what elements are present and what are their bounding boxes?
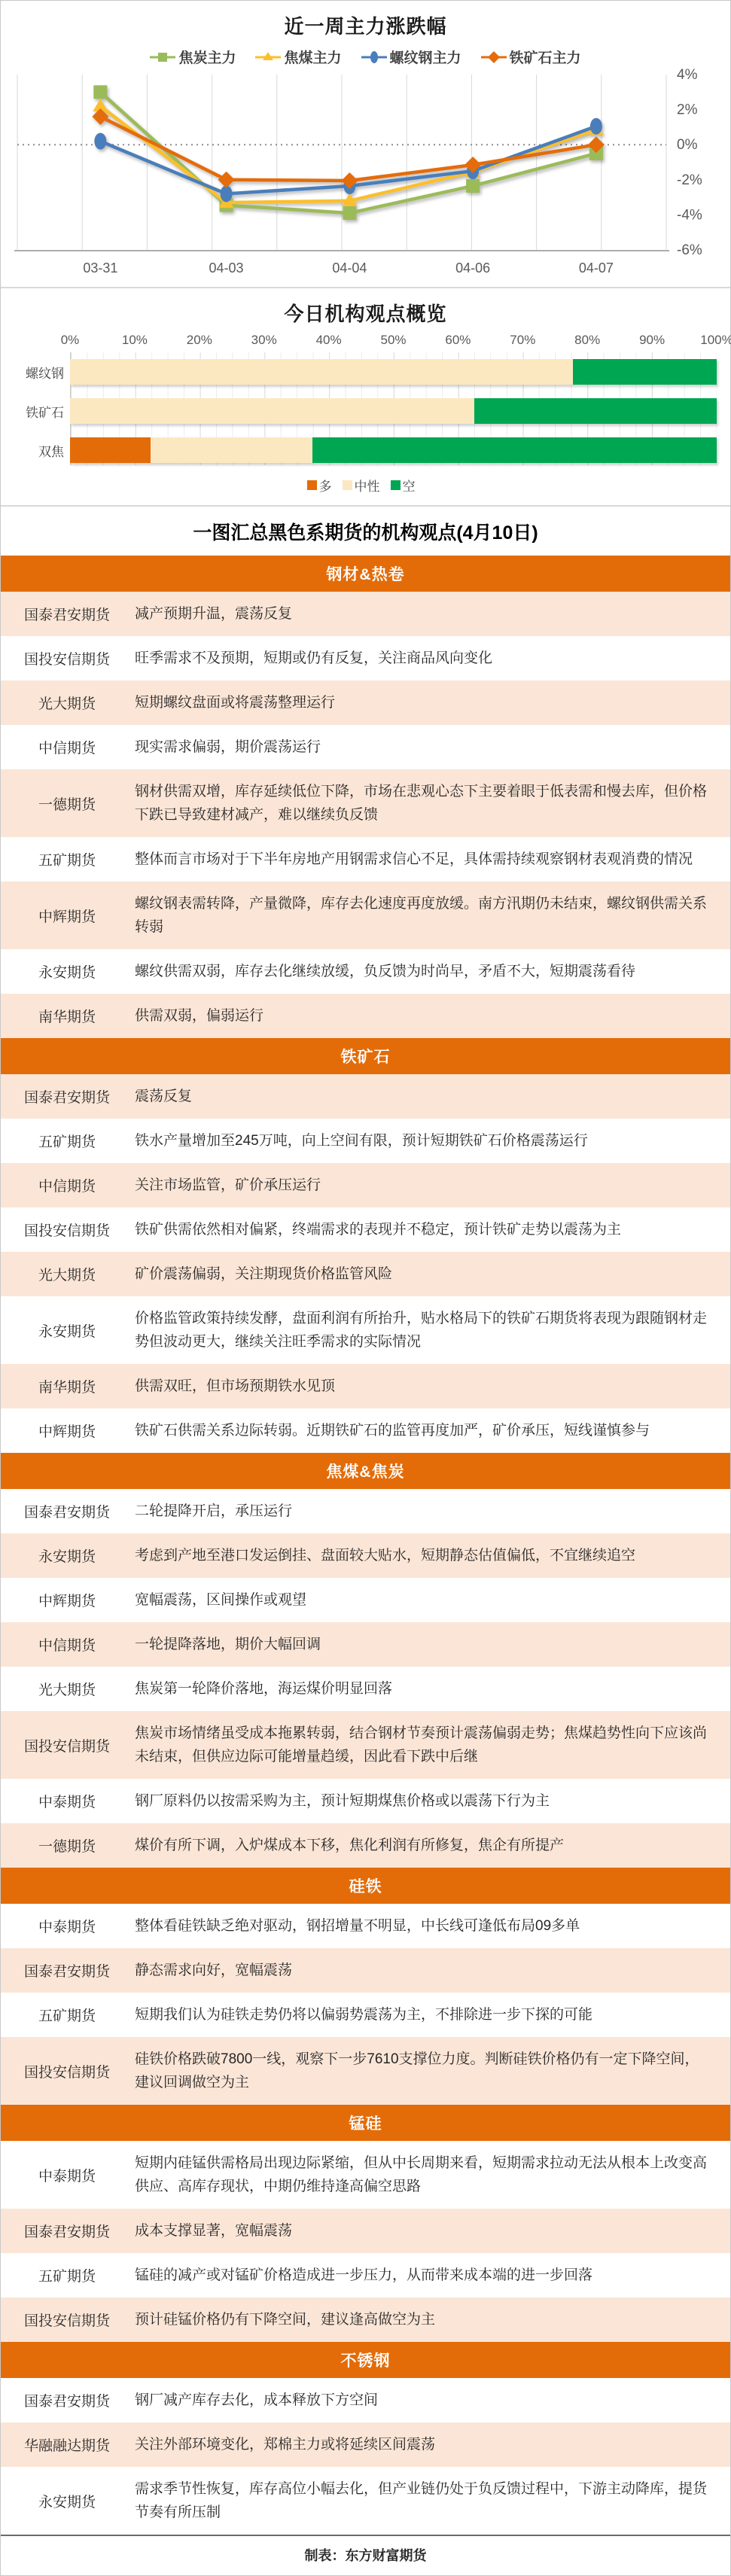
- table-row: 五矿期货锰硅的减产或对锰矿价格造成进一步压力，从而带来成本端的进一步回落: [1, 2253, 730, 2297]
- institution-opinion: 需求季节性恢复，库存高位小幅去化，但产业链仍处于负反馈过程中，下游主动降库，提货…: [133, 2467, 730, 2535]
- bar-row-螺纹钢: 螺纹钢: [5, 352, 717, 391]
- diamond-marker: [218, 172, 235, 188]
- x-tick-label: 04-07: [579, 260, 614, 276]
- y-tick-label: -2%: [677, 172, 702, 188]
- bar-axis-tick: 20%: [187, 333, 212, 348]
- institution-opinion: 硅铁价格跌破7800一线，观察下一步7610支撑位力度。判断硅铁价格仍有一定下降…: [133, 2037, 730, 2105]
- x-tick-label: 04-04: [332, 260, 367, 276]
- legend-label: 空: [403, 476, 416, 495]
- bar-segment-多: [70, 437, 151, 463]
- legend-item-焦炭主力: 焦炭主力: [150, 47, 236, 67]
- bar-segment-中性: [70, 398, 474, 424]
- opinion-table-panel: 一图汇总黑色系期货的机构观点(4月10日) 钢材&热卷国泰君安期货减产预期升温，…: [1, 507, 730, 2575]
- bar-axis-tick: 90%: [639, 333, 665, 348]
- institution-name: 中信期货: [1, 1163, 133, 1207]
- institution-opinion: 锰硅的减产或对锰矿价格造成进一步压力，从而带来成本端的进一步回落: [133, 2253, 730, 2297]
- institution-opinion: 成本支撑显著，宽幅震荡: [133, 2209, 730, 2253]
- institution-name: 华融融达期货: [1, 2422, 133, 2467]
- section-header-钢材&热卷: 钢材&热卷: [1, 556, 730, 592]
- institution-name: 国泰君安期货: [1, 2378, 133, 2422]
- table-row: 中泰期货钢厂原料仍以按需采购为主，预计短期煤焦价格或以震荡下行为主: [1, 1779, 730, 1823]
- institution-name: 国泰君安期货: [1, 2209, 133, 2253]
- section-header-铁矿石: 铁矿石: [1, 1038, 730, 1074]
- triangle-legend-icon: [255, 49, 281, 65]
- bar-row-双焦: 双焦: [5, 431, 717, 470]
- bar-axis-tick: 0%: [61, 333, 80, 348]
- institution-opinion: 钢厂原料仍以按需采购为主，预计短期煤焦价格或以震荡下行为主: [133, 1779, 730, 1823]
- institution-name: 五矿期货: [1, 2253, 133, 2297]
- square-marker: [158, 53, 167, 62]
- legend-item-铁矿石主力: 铁矿石主力: [481, 47, 581, 67]
- institution-opinion: 煤价有所下调，入炉煤成本下移，焦化利润有所修复，焦企有所提产: [133, 1823, 730, 1868]
- institution-name: 中泰期货: [1, 2141, 133, 2209]
- institution-name: 国投安信期货: [1, 2297, 133, 2342]
- institution-opinion: 震荡反复: [133, 1074, 730, 1119]
- legend-swatch: [343, 480, 352, 490]
- legend-label: 焦炭主力: [178, 47, 236, 67]
- table-title: 一图汇总黑色系期货的机构观点(4月10日): [1, 507, 730, 556]
- institution-opinion: 二轮提降开启，承压运行: [133, 1489, 730, 1533]
- table-row: 中辉期货螺纹钢表需转降，产量微降，库存去化速度再度放缓。南方汛期仍未结束，螺纹钢…: [1, 882, 730, 949]
- institution-opinion: 宽幅震荡，区间操作或观望: [133, 1578, 730, 1622]
- institution-opinion: 焦炭市场情绪虽受成本拖累转弱，结合钢材节奏预计震荡偏弱走势；焦煤趋势性向下应该尚…: [133, 1711, 730, 1779]
- institution-name: 中泰期货: [1, 1904, 133, 1948]
- institution-opinion: 铁矿石供需关系边际转弱。近期铁矿石的监管再度加严，矿价承压，短线谨慎参与: [133, 1408, 730, 1453]
- table-row: 一德期货煤价有所下调，入炉煤成本下移，焦化利润有所修复，焦企有所提产: [1, 1823, 730, 1868]
- institution-name: 南华期货: [1, 1364, 133, 1408]
- line-chart-title: 近一周主力涨跌幅: [1, 1, 730, 44]
- table-row: 永安期货螺纹供需双弱，库存去化继续放缓，负反馈为时尚早，矛盾不大，短期震荡看待: [1, 949, 730, 994]
- table-row: 五矿期货整体而言市场对于下半年房地产用钢需求信心不足，具体需持续观察钢材表观消费…: [1, 837, 730, 882]
- bar-segment-空: [312, 437, 717, 463]
- institution-name: 永安期货: [1, 2467, 133, 2535]
- institution-opinion: 钢材供需双增，库存延续低位下降，市场在悲观心态下主要着眼于低表需和慢去库，但价格…: [133, 769, 730, 837]
- bar-segment-中性: [151, 437, 312, 463]
- institution-opinion: 旺季需求不及预期，短期或仍有反复，关注商品风向变化: [133, 636, 730, 681]
- table-row: 国泰君安期货钢厂减产库存去化，成本释放下方空间: [1, 2378, 730, 2422]
- institution-opinion: 关注市场监管，矿价承压运行: [133, 1163, 730, 1207]
- institution-name: 国投安信期货: [1, 2037, 133, 2105]
- institution-name: 永安期货: [1, 1296, 133, 1364]
- institution-opinion: 供需双弱，偏弱运行: [133, 994, 730, 1038]
- institution-name: 国投安信期货: [1, 636, 133, 681]
- institution-opinion: 短期我们认为硅铁走势仍将以偏弱势震荡为主，不排除进一步下探的可能: [133, 1993, 730, 2037]
- institution-opinion: 螺纹钢表需转降，产量微降，库存去化速度再度放缓。南方汛期仍未结束，螺纹钢供需关系…: [133, 882, 730, 949]
- y-tick-label: 2%: [677, 102, 698, 118]
- institution-name: 中信期货: [1, 725, 133, 769]
- institution-name: 国泰君安期货: [1, 592, 133, 636]
- institution-name: 五矿期货: [1, 1119, 133, 1163]
- line-chart: 4%2%0%-2%-4%-6%03-3104-0304-0404-0604-07: [1, 67, 730, 287]
- table-row: 国投安信期货铁矿供需依然相对偏紧，终端需求的表现并不稳定，预计铁矿走势以震荡为主: [1, 1207, 730, 1252]
- table-row: 中辉期货铁矿石供需关系边际转弱。近期铁矿石的监管再度加严，矿价承压，短线谨慎参与: [1, 1408, 730, 1453]
- table-row: 国投安信期货预计硅锰价格仍有下降空间，建议逢高做空为主: [1, 2297, 730, 2342]
- x-tick-label: 04-03: [209, 260, 244, 276]
- table-row: 一德期货钢材供需双增，库存延续低位下降，市场在悲观心态下主要着眼于低表需和慢去库…: [1, 769, 730, 837]
- institution-opinion: 螺纹供需双弱，库存去化继续放缓，负反馈为时尚早，矛盾不大，短期震荡看待: [133, 949, 730, 994]
- institution-opinion: 供需双旺，但市场预期铁水见顶: [133, 1364, 730, 1408]
- table-row: 国泰君安期货震荡反复: [1, 1074, 730, 1119]
- bar-segment-空: [474, 398, 717, 424]
- table-row: 中信期货一轮提降落地，期价大幅回调: [1, 1622, 730, 1667]
- bar-axis-tick: 10%: [122, 333, 148, 348]
- bar-category-label: 螺纹钢: [5, 363, 70, 382]
- institution-name: 中信期货: [1, 1622, 133, 1667]
- circle-marker: [590, 118, 602, 135]
- legend-label: 多: [319, 476, 332, 495]
- legend-label: 中性: [355, 476, 380, 495]
- institution-opinion: 现实需求偏弱，期价震荡运行: [133, 725, 730, 769]
- bar-chart-body: 螺纹钢铁矿石双焦: [5, 352, 717, 470]
- section-header-不锈钢: 不锈钢: [1, 2342, 730, 2378]
- section-header-焦煤&焦炭: 焦煤&焦炭: [1, 1453, 730, 1489]
- institution-name: 中辉期货: [1, 882, 133, 949]
- legend-label: 焦煤主力: [284, 47, 341, 67]
- bar-track: [70, 437, 717, 463]
- legend-swatch: [391, 480, 401, 490]
- institution-name: 五矿期货: [1, 837, 133, 882]
- table-row: 五矿期货短期我们认为硅铁走势仍将以偏弱势震荡为主，不排除进一步下探的可能: [1, 1993, 730, 2037]
- table-row: 中泰期货整体看硅铁缺乏绝对驱动，钢招增量不明显，中长线可逢低布局09多单: [1, 1904, 730, 1948]
- institution-opinion: 短期内硅锰供需格局出现边际紧缩，但从中长周期来看，短期需求拉动无法从根本上改变高…: [133, 2141, 730, 2209]
- table-row: 国投安信期货焦炭市场情绪虽受成本拖累转弱，结合钢材节奏预计震荡偏弱走势；焦煤趋势…: [1, 1711, 730, 1779]
- institution-opinion: 静态需求向好，宽幅震荡: [133, 1948, 730, 1993]
- table-row: 光大期货矿价震荡偏弱，关注期现货价格监管风险: [1, 1252, 730, 1296]
- institution-overview-panel: 今日机构观点概览 0%10%20%30%40%50%60%70%80%90%10…: [1, 288, 730, 507]
- institution-opinion: 矿价震荡偏弱，关注期现货价格监管风险: [133, 1252, 730, 1296]
- bar-segment-中性: [70, 359, 573, 385]
- table-row: 永安期货考虑到产地至港口发运倒挂、盘面较大贴水，短期静态估值偏低，不宜继续追空: [1, 1533, 730, 1578]
- institution-name: 一德期货: [1, 1823, 133, 1868]
- y-tick-label: 0%: [677, 137, 698, 153]
- square-marker: [93, 85, 107, 99]
- y-tick-label: 4%: [677, 67, 698, 83]
- table-row: 国泰君安期货减产预期升温，震荡反复: [1, 592, 730, 636]
- institution-opinion: 考虑到产地至港口发运倒挂、盘面较大贴水，短期静态估值偏低，不宜继续追空: [133, 1533, 730, 1578]
- institution-name: 中辉期货: [1, 1578, 133, 1622]
- institution-name: 国泰君安期货: [1, 1489, 133, 1533]
- square-marker: [466, 179, 480, 193]
- table-row: 光大期货短期螺纹盘面或将震荡整理运行: [1, 681, 730, 725]
- bar-track: [70, 398, 717, 424]
- bar-axis-tick: 40%: [316, 333, 342, 348]
- legend-label: 螺纹钢主力: [390, 47, 461, 67]
- table-row: 国泰君安期货二轮提降开启，承压运行: [1, 1489, 730, 1533]
- bar-category-label: 双焦: [5, 441, 70, 460]
- bar-chart-legend: 多中性空: [5, 470, 717, 499]
- y-tick-label: -4%: [677, 207, 702, 223]
- institution-opinion: 铁矿供需依然相对偏紧，终端需求的表现并不稳定，预计铁矿走势以震荡为主: [133, 1207, 730, 1252]
- legend-item-螺纹钢主力: 螺纹钢主力: [361, 47, 461, 67]
- bar-legend-item-空: 空: [391, 476, 416, 495]
- bar-axis-tick: 30%: [251, 333, 277, 348]
- bar-chart: 0%10%20%30%40%50%60%70%80%90%100% 螺纹钢铁矿石…: [1, 331, 730, 505]
- circle-legend-icon: [361, 49, 387, 65]
- table-row: 南华期货供需双旺，但市场预期铁水见顶: [1, 1364, 730, 1408]
- institution-opinion: 钢厂减产库存去化，成本释放下方空间: [133, 2378, 730, 2422]
- institution-name: 国泰君安期货: [1, 1074, 133, 1119]
- weekly-change-chart-panel: 近一周主力涨跌幅 焦炭主力焦煤主力螺纹钢主力铁矿石主力 4%2%0%-2%-4%…: [1, 1, 730, 288]
- institution-name: 国投安信期货: [1, 1207, 133, 1252]
- institution-opinion: 减产预期升温，震荡反复: [133, 592, 730, 636]
- institution-name: 中泰期货: [1, 1779, 133, 1823]
- y-tick-label: -6%: [677, 242, 702, 258]
- table-row: 永安期货需求季节性恢复，库存高位小幅去化，但产业链仍处于负反馈过程中，下游主动降…: [1, 2467, 730, 2535]
- table-row: 中信期货现实需求偏弱，期价震荡运行: [1, 725, 730, 769]
- institution-opinion: 预计硅锰价格仍有下降空间，建议逢高做空为主: [133, 2297, 730, 2342]
- square-legend-icon: [150, 49, 175, 65]
- institution-name: 永安期货: [1, 949, 133, 994]
- bar-axis-tick: 70%: [510, 333, 535, 348]
- institution-name: 光大期货: [1, 1252, 133, 1296]
- circle-marker: [370, 51, 378, 63]
- table-row: 国泰君安期货静态需求向好，宽幅震荡: [1, 1948, 730, 1993]
- bar-axis-tick: 80%: [574, 333, 600, 348]
- institution-name: 光大期货: [1, 1667, 133, 1711]
- bar-row-铁矿石: 铁矿石: [5, 391, 717, 431]
- legend-item-焦煤主力: 焦煤主力: [255, 47, 341, 67]
- bar-axis-tick: 50%: [380, 333, 406, 348]
- institution-name: 光大期货: [1, 681, 133, 725]
- bar-chart-axis: 0%10%20%30%40%50%60%70%80%90%100%: [70, 333, 717, 352]
- table-row: 中泰期货短期内硅锰供需格局出现边际紧缩，但从中长周期来看，短期需求拉动无法从根本…: [1, 2141, 730, 2209]
- diamond-legend-icon: [481, 49, 507, 65]
- institution-name: 永安期货: [1, 1533, 133, 1578]
- institution-opinion: 价格监管政策持续发酵，盘面利润有所抬升，贴水格局下的铁矿石期货将表现为跟随钢材走…: [133, 1296, 730, 1364]
- table-row: 国投安信期货旺季需求不及预期，短期或仍有反复，关注商品风向变化: [1, 636, 730, 681]
- bar-track: [70, 359, 717, 385]
- institution-opinion: 整体而言市场对于下半年房地产用钢需求信心不足，具体需持续观察钢材表观消费的情况: [133, 837, 730, 882]
- x-tick-label: 03-31: [83, 260, 117, 276]
- legend-swatch: [307, 480, 317, 490]
- legend-label: 铁矿石主力: [510, 47, 581, 67]
- institution-opinion: 一轮提降落地，期价大幅回调: [133, 1622, 730, 1667]
- bar-legend-item-中性: 中性: [343, 476, 380, 495]
- bar-segment-空: [573, 359, 717, 385]
- circle-marker: [94, 133, 106, 150]
- table-row: 中信期货关注市场监管，矿价承压运行: [1, 1163, 730, 1207]
- table-body: 钢材&热卷国泰君安期货减产预期升温，震荡反复国投安信期货旺季需求不及预期，短期或…: [1, 556, 730, 2535]
- institution-name: 五矿期货: [1, 1993, 133, 2037]
- institution-name: 南华期货: [1, 994, 133, 1038]
- table-footer: 制表：东方财富期货: [1, 2535, 730, 2575]
- institution-opinion: 铁水产量增加至245万吨，向上空间有限，预计短期铁矿石价格震荡运行: [133, 1119, 730, 1163]
- square-marker: [343, 206, 356, 220]
- table-row: 光大期货焦炭第一轮降价落地，海运煤价明显回落: [1, 1667, 730, 1711]
- bar-chart-title: 今日机构观点概览: [1, 288, 730, 331]
- infographic-root: 近一周主力涨跌幅 焦炭主力焦煤主力螺纹钢主力铁矿石主力 4%2%0%-2%-4%…: [0, 0, 731, 2576]
- institution-name: 国投安信期货: [1, 1711, 133, 1779]
- institution-opinion: 短期螺纹盘面或将震荡整理运行: [133, 681, 730, 725]
- diamond-marker: [488, 51, 500, 63]
- institution-name: 中辉期货: [1, 1408, 133, 1453]
- table-row: 华融融达期货关注外部环境变化，郑棉主力或将延续区间震荡: [1, 2422, 730, 2467]
- table-row: 国投安信期货硅铁价格跌破7800一线，观察下一步7610支撑位力度。判断硅铁价格…: [1, 2037, 730, 2105]
- bar-axis-tick: 100%: [700, 333, 731, 348]
- x-tick-label: 04-06: [455, 260, 490, 276]
- institution-opinion: 关注外部环境变化，郑棉主力或将延续区间震荡: [133, 2422, 730, 2467]
- institution-opinion: 整体看硅铁缺乏绝对驱动，钢招增量不明显，中长线可逢低布局09多单: [133, 1904, 730, 1948]
- section-header-硅铁: 硅铁: [1, 1868, 730, 1904]
- bar-category-label: 铁矿石: [5, 402, 70, 421]
- table-row: 五矿期货铁水产量增加至245万吨，向上空间有限，预计短期铁矿石价格震荡运行: [1, 1119, 730, 1163]
- institution-name: 国泰君安期货: [1, 1948, 133, 1993]
- institution-name: 一德期货: [1, 769, 133, 837]
- institution-opinion: 焦炭第一轮降价落地，海运煤价明显回落: [133, 1667, 730, 1711]
- table-row: 中辉期货宽幅震荡，区间操作或观望: [1, 1578, 730, 1622]
- table-row: 南华期货供需双弱，偏弱运行: [1, 994, 730, 1038]
- bar-axis-tick: 60%: [445, 333, 471, 348]
- series-group: [92, 85, 605, 220]
- table-row: 永安期货价格监管政策持续发酵，盘面利润有所抬升，贴水格局下的铁矿石期货将表现为跟…: [1, 1296, 730, 1364]
- bar-legend-item-多: 多: [307, 476, 332, 495]
- line-chart-legend: 焦炭主力焦煤主力螺纹钢主力铁矿石主力: [1, 44, 730, 67]
- section-header-锰硅: 锰硅: [1, 2105, 730, 2141]
- table-row: 国泰君安期货成本支撑显著，宽幅震荡: [1, 2209, 730, 2253]
